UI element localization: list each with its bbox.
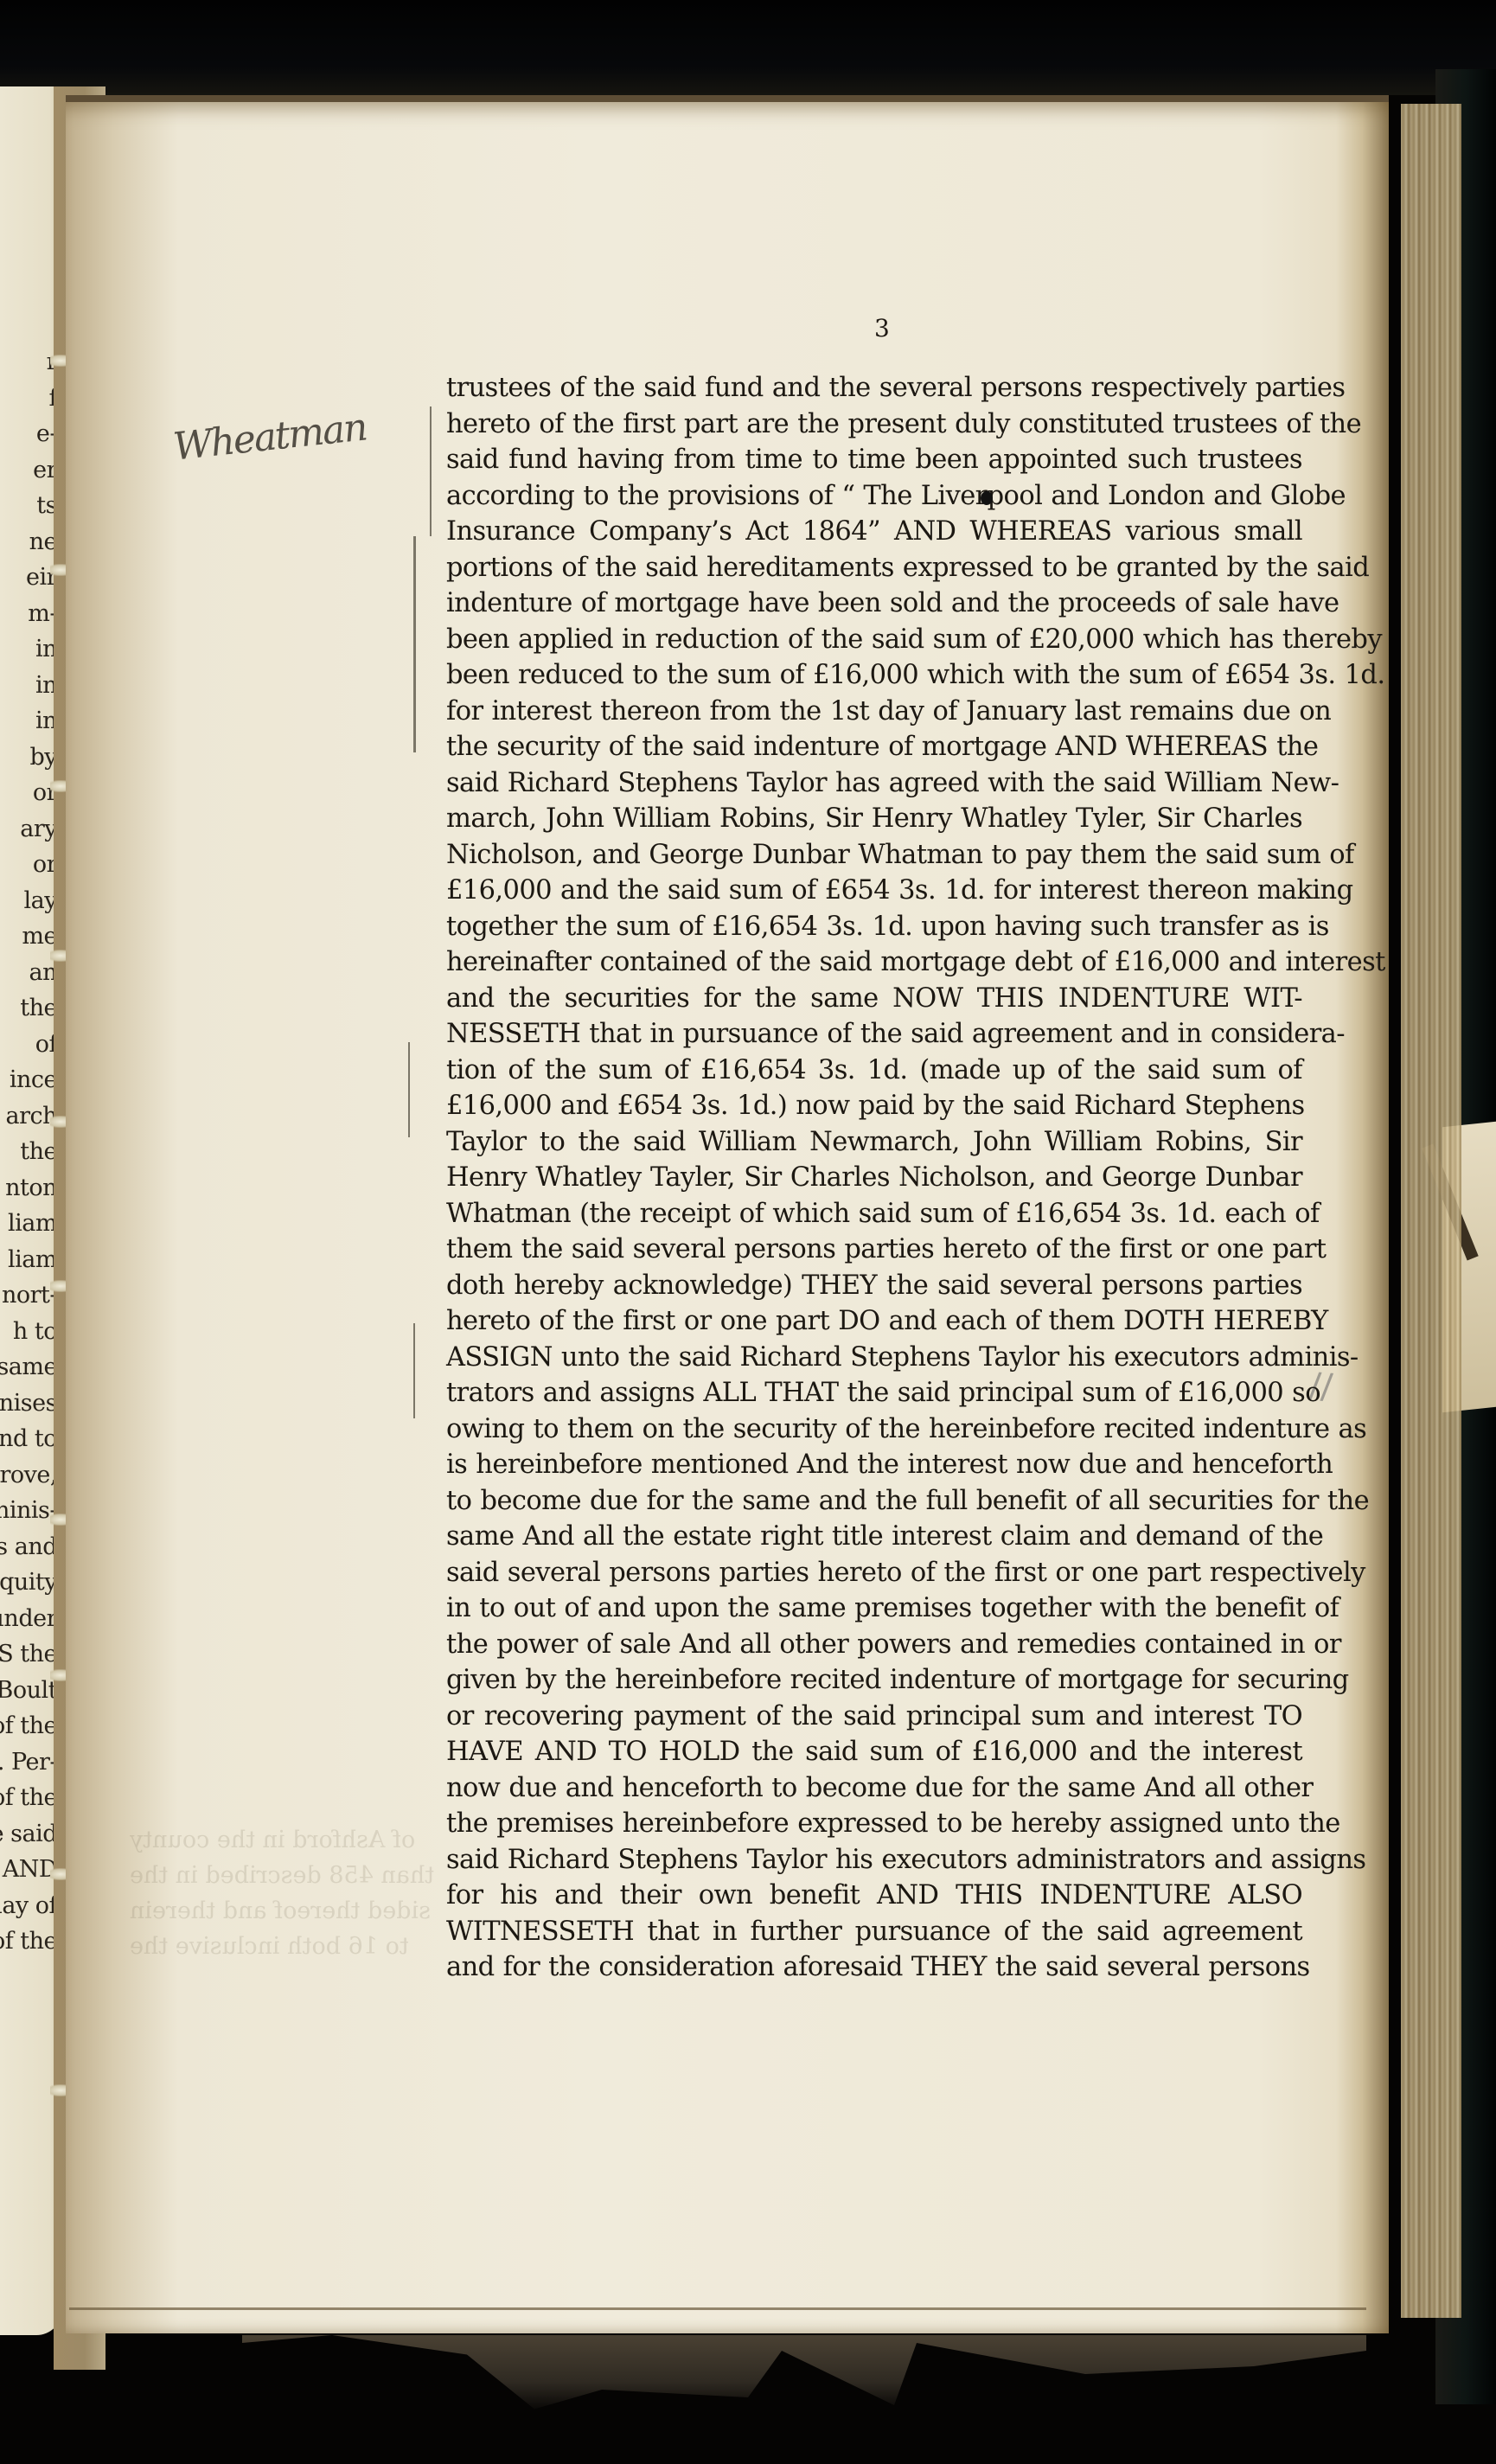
text-line: NESSETH that in pursuance of the said ag…: [446, 1016, 1302, 1053]
left-page-text-fragment: of the: [0, 1786, 57, 1809]
text-line: said fund having from time to time been …: [446, 442, 1302, 478]
text-line: and the securities for the same NOW THIS…: [446, 981, 1302, 1017]
text-line: £16,000 and £654 3s. 1d.) now paid by th…: [446, 1088, 1302, 1124]
ink-blot: [981, 491, 993, 505]
left-page-text-fragment: . Per-: [0, 1750, 57, 1774]
left-page-text-fragment: liam: [8, 1212, 57, 1235]
text-line: same And all the estate right title inte…: [446, 1519, 1302, 1555]
left-page-text-fragment: nort-: [2, 1283, 57, 1307]
left-page-text-fragment: under: [0, 1607, 57, 1630]
left-page-text-fragment: AND: [3, 1858, 57, 1881]
left-page-text-fragment: day of: [0, 1894, 57, 1917]
show-through-text: than 458 described in the: [130, 1862, 434, 1889]
text-line: doth hereby acknowledge) THEY the said s…: [446, 1268, 1302, 1304]
show-through-text: of Ashford in the county: [130, 1827, 415, 1853]
text-line: hereinafter contained of the said mortga…: [446, 944, 1302, 981]
text-line: together the sum of £16,654 3s. 1d. upon…: [446, 909, 1302, 945]
text-line: trators and assigns ALL THAT the said pr…: [446, 1375, 1302, 1411]
left-page-text-fragment: nd to: [0, 1427, 57, 1450]
left-page-text-fragment: liam: [8, 1248, 57, 1271]
text-line: Henry Whatley Tayler, Sir Charles Nichol…: [446, 1160, 1302, 1196]
pencil-bracket: [413, 1323, 415, 1418]
left-page-text-fragment: the: [20, 996, 57, 1020]
text-line: for interest thereon from the 1st day of…: [446, 694, 1302, 730]
left-page-text-fragment: lay: [24, 889, 58, 912]
text-line: owing to them on the security of the her…: [446, 1411, 1302, 1448]
left-page-text-fragment: same: [0, 1355, 57, 1379]
text-line: been applied in reduction of the said su…: [446, 622, 1302, 658]
text-line: in to out of and upon the same premises …: [446, 1590, 1302, 1627]
text-line: £16,000 and the said sum of £654 3s. 1d.…: [446, 873, 1302, 909]
left-page-text-fragment: of the: [0, 1714, 57, 1738]
text-line: HAVE AND TO HOLD the said sum of £16,000…: [446, 1734, 1302, 1770]
text-line: portions of the said hereditaments expre…: [446, 550, 1302, 586]
text-line: and for the consideration aforesaid THEY…: [446, 1949, 1302, 1986]
text-line: now due and henceforth to become due for…: [446, 1770, 1302, 1807]
text-line: given by the hereinbefore recited indent…: [446, 1662, 1302, 1699]
text-line: or recovering payment of the said princi…: [446, 1699, 1302, 1735]
show-through-text: sided thereof and therein: [130, 1898, 431, 1924]
left-page-text-fragment: of the: [0, 1930, 57, 1953]
text-line: Nicholson, and George Dunbar Whatman to …: [446, 837, 1302, 874]
text-line: WITNESSETH that in further pursuance of …: [446, 1914, 1302, 1950]
show-through-text: to 16 both inclusive the: [130, 1933, 409, 1960]
left-page-text-fragment: me: [22, 925, 57, 948]
torn-pages-bottom: [242, 2335, 1366, 2413]
left-page-text-fragment: s and: [0, 1535, 57, 1558]
pencil-bracket: [430, 406, 432, 536]
left-page-text-fragment: m-: [28, 602, 57, 625]
text-line: been reduced to the sum of £16,000 which…: [446, 657, 1302, 694]
left-page-text-fragment: nises: [0, 1392, 57, 1415]
text-line: march, John William Robins, Sir Henry Wh…: [446, 801, 1302, 837]
left-page-text-fragment: quity: [0, 1571, 57, 1594]
left-page-text-fragment: ary: [20, 817, 57, 841]
pencil-bracket: [413, 536, 416, 752]
text-line: trustees of the said fund and the severa…: [446, 370, 1302, 406]
text-line: the premises hereinbefore expressed to b…: [446, 1806, 1302, 1842]
text-line: them the said several persons parties he…: [446, 1232, 1302, 1268]
text-line: Whatman (the receipt of which said sum o…: [446, 1196, 1302, 1232]
text-line: tion of the sum of £16,654 3s. 1d. (made…: [446, 1053, 1302, 1089]
text-line: said Richard Stephens Taylor has agreed …: [446, 765, 1302, 802]
text-line: said several persons parties hereto of t…: [446, 1555, 1302, 1591]
pencil-bracket: [408, 1042, 410, 1137]
left-page-text-fragment: nton: [5, 1176, 57, 1200]
text-line: ASSIGN unto the said Richard Stephens Ta…: [446, 1340, 1302, 1376]
text-line: indenture of mortgage have been sold and…: [446, 586, 1302, 622]
text-line: the power of sale And all other powers a…: [446, 1627, 1302, 1663]
text-line: hereto of the first or one part DO and e…: [446, 1303, 1302, 1340]
text-line: hereto of the first part are the present…: [446, 406, 1302, 443]
page-bottom-edge: [69, 2307, 1366, 2310]
text-line: the security of the said indenture of mo…: [446, 729, 1302, 765]
left-page-text-fragment: rove,: [0, 1463, 57, 1487]
text-line: according to the provisions of “ The Liv…: [446, 478, 1302, 515]
dark-background-top: [0, 0, 1496, 95]
left-page-text-fragment: e said: [0, 1822, 57, 1846]
text-line: said Richard Stephens Taylor his executo…: [446, 1842, 1302, 1878]
left-page-text-fragment: the: [20, 1140, 57, 1163]
left-page-text-fragment: ince: [10, 1068, 57, 1091]
text-line: Taylor to the said William Newmarch, Joh…: [446, 1124, 1302, 1161]
left-page-text-fragment: S the: [0, 1642, 57, 1666]
text-line: to become due for the same and the full …: [446, 1483, 1302, 1520]
text-line: for his and their own benefit AND THIS I…: [446, 1878, 1302, 1914]
text-line: Insurance Company’s Act 1864” AND WHEREA…: [446, 514, 1302, 550]
page-number: 3: [874, 314, 890, 342]
left-page-text-fragment: ninis-: [0, 1499, 57, 1522]
left-page-text-fragment: Boult: [0, 1679, 57, 1702]
page-stack-edge: [1401, 104, 1461, 2318]
text-line: is hereinbefore mentioned And the intere…: [446, 1447, 1302, 1483]
left-page-text-fragment: h to: [13, 1320, 57, 1343]
indenture-body-text: trustees of the said fund and the severa…: [446, 370, 1302, 1986]
